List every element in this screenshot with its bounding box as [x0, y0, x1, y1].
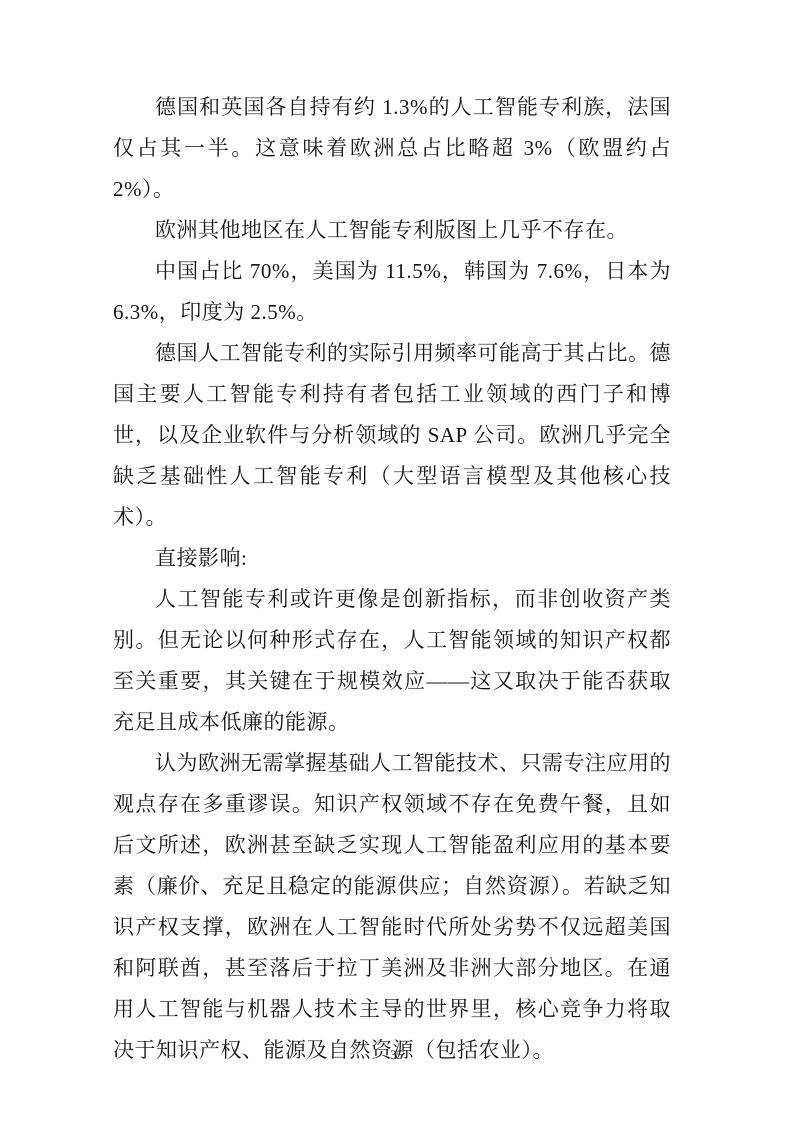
text-block: 德国和英国各自持有约 1.3%的人工智能专利族，法国仅占其一半。这意味着欧洲总占… [113, 87, 671, 1071]
paragraph-direct-impact-heading: 直接影响: [113, 538, 671, 579]
paragraph-patents-as-indicator: 人工智能专利或许更像是创新指标，而非创收资产类别。但无论以何种形式存在，人工智能… [113, 579, 671, 743]
document-page: 德国和英国各自持有约 1.3%的人工智能专利族，法国仅占其一半。这意味着欧洲总占… [0, 0, 793, 1122]
page-number: 35 [390, 1047, 403, 1063]
paragraph-fallacies: 认为欧洲无需掌握基础人工智能技术、只需专注应用的观点存在多重谬误。知识产权领域不… [113, 743, 671, 1071]
paragraph-europe-share: 德国和英国各自持有约 1.3%的人工智能专利族，法国仅占其一半。这意味着欧洲总占… [113, 87, 671, 210]
paragraph-german-patents: 德国人工智能专利的实际引用频率可能高于其占比。德国主要人工智能专利持有者包括工业… [113, 333, 671, 538]
page-footer: 35 [0, 1046, 793, 1064]
paragraph-rest-of-europe: 欧洲其他地区在人工智能专利版图上几乎不存在。 [113, 210, 671, 251]
paragraph-country-shares: 中国占比 70%，美国为 11.5%，韩国为 7.6%，日本为 6.3%，印度为… [113, 251, 671, 333]
